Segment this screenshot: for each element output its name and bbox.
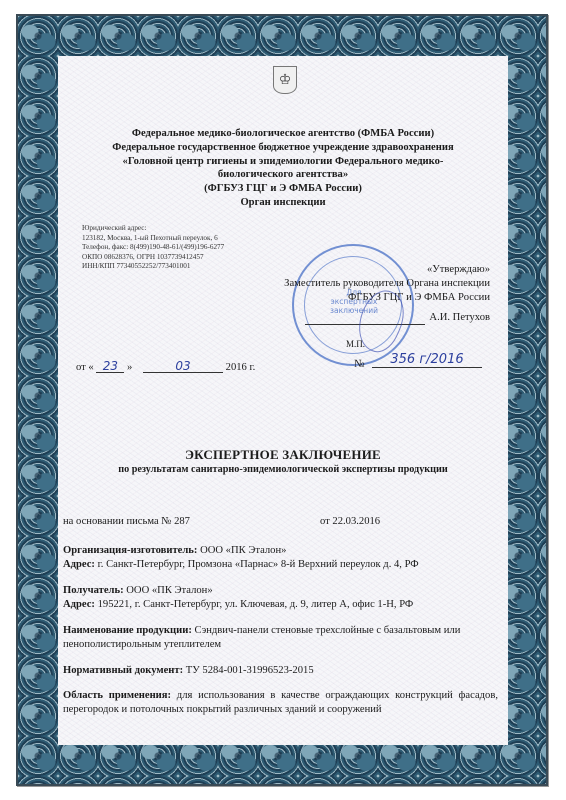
product-label: Наименование продукции: <box>63 625 192 636</box>
document-title: ЭКСПЕРТНОЕ ЗАКЛЮЧЕНИЕ по результатам сан… <box>58 447 508 477</box>
recipient-value: ООО «ПК Эталон» <box>124 585 213 596</box>
header-line: «Головной центр гигиены и эпидемиологии … <box>58 155 508 169</box>
document-number: 356 г/2016 <box>372 352 482 368</box>
signatory-name: А.И. Петухов <box>429 312 490 323</box>
manufacturer-label: Организация-изготовитель: <box>63 545 197 556</box>
legal-line: 123182, Москва, 1-ый Пехотный переулок, … <box>82 234 224 244</box>
approved-label: «Утверждаю» <box>250 263 490 277</box>
russian-coat-of-arms-icon: ♔ <box>273 66 297 94</box>
header-line: Орган инспекции <box>58 196 508 210</box>
legal-line: Юридический адрес: <box>82 224 224 234</box>
date-prefix: от « <box>76 362 94 373</box>
manufacturer-value: ООО «ПК Эталон» <box>197 545 286 556</box>
issue-date: от « 23 » 03 2016 г. <box>76 360 255 373</box>
manufacturer-section: Организация-изготовитель: ООО «ПК Эталон… <box>63 544 498 572</box>
normative-section: Нормативный документ: ТУ 5284-001-319965… <box>63 664 498 678</box>
manufacturer-address: г. Санкт-Петербург, Промзона «Парнас» 8-… <box>95 559 419 570</box>
recipient-address: 195221, г. Санкт-Петербург, ул. Ключевая… <box>95 599 413 610</box>
manufacturer-address-label: Адрес: <box>63 559 95 570</box>
issuer-header: Федеральное медико-биологическое агентст… <box>58 127 508 210</box>
normative-value: ТУ 5284-001-31996523-2015 <box>183 665 314 676</box>
title-subtitle: по результатам санитарно-эпидемиологичес… <box>58 463 508 477</box>
date-separator: » <box>127 362 132 373</box>
seal-label: М.П. <box>346 339 365 349</box>
approver-position: Заместитель руководителя Органа инспекци… <box>250 277 490 291</box>
title-main: ЭКСПЕРТНОЕ ЗАКЛЮЧЕНИЕ <box>58 447 508 463</box>
basis-letter: на основании письма № 287 <box>63 516 190 527</box>
date-day: 23 <box>96 360 124 373</box>
recipient-label: Получатель: <box>63 585 124 596</box>
product-section: Наименование продукции: Сэндвич-панели с… <box>63 624 498 652</box>
scope-section: Область применения: для использования в … <box>63 689 498 717</box>
date-year: 2016 г. <box>226 362 256 373</box>
date-month: 03 <box>143 360 223 373</box>
normative-label: Нормативный документ: <box>63 665 183 676</box>
basis-date: от 22.03.2016 <box>320 515 380 529</box>
header-line: (ФГБУЗ ГЦГ и Э ФМБА России) <box>58 182 508 196</box>
legal-address-block: Юридический адрес: 123182, Москва, 1-ый … <box>82 224 224 272</box>
header-line: Федеральное медико-биологическое агентст… <box>58 127 508 141</box>
recipient-section: Получатель: ООО «ПК Эталон» Адрес: 19522… <box>63 584 498 612</box>
header-line: биологического агентства» <box>58 168 508 182</box>
scope-label: Область применения: <box>63 690 171 701</box>
header-line: Федеральное государственное бюджетное уч… <box>58 141 508 155</box>
legal-line: ОКПО 08628376, ОГРН 1037739412457 <box>82 253 224 263</box>
document-number-label: № <box>354 358 365 370</box>
basis-row: на основании письма № 287 от 22.03.2016 <box>63 515 498 529</box>
legal-line: Телефон, факс: 8(499)190-48-61/(499)196-… <box>82 243 224 253</box>
recipient-address-label: Адрес: <box>63 599 95 610</box>
legal-line: ИНН/КПП 77340552252/773401001 <box>82 262 224 272</box>
